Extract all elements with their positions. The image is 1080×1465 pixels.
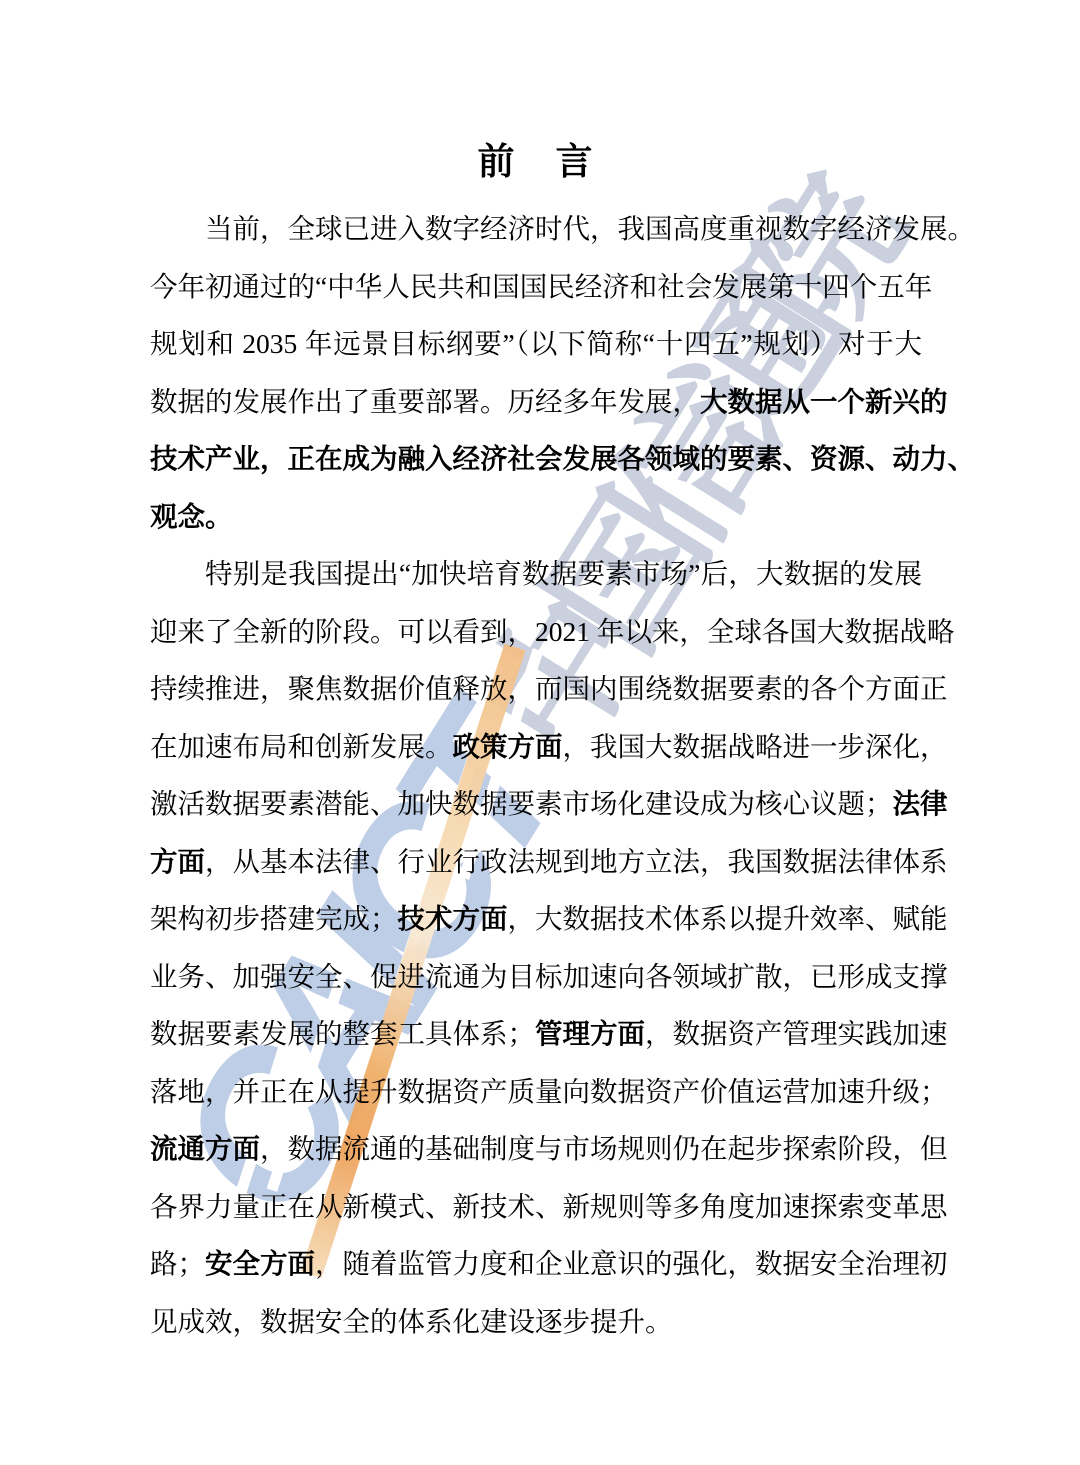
text-segment: 见成效，数据安全的体系化建设逐步提升。 bbox=[150, 1306, 673, 1337]
text-segment: 规划和 2035 年远景目标纲要”（以下简称“十四五”规划）对于大 bbox=[150, 328, 922, 359]
text-line: 技术产业，正在成为融入经济社会发展各领域的要素、资源、动力、 bbox=[150, 430, 922, 488]
text-line: 规划和 2035 年远景目标纲要”（以下简称“十四五”规划）对于大 bbox=[150, 315, 922, 373]
text-segment: 落地，并正在从提升数据资产质量向数据资产价值运营加速升级； bbox=[150, 1076, 948, 1107]
text-segment: 特别是我国提出“加快培育数据要素市场”后，大数据的发展 bbox=[205, 558, 922, 589]
text-segment: 路； bbox=[150, 1248, 205, 1279]
text-line: 持续推进，聚焦数据价值释放，而国内围绕数据要素的各个方面正 bbox=[150, 660, 922, 718]
text-segment: ，大数据技术体系以提升效率、赋能 bbox=[508, 903, 948, 934]
text-line: 激活数据要素潜能、加快数据要素市场化建设成为核心议题；法律 bbox=[150, 775, 922, 833]
text-segment: 业务、加强安全、促进流通为目标加速向各领域扩散，已形成支撑 bbox=[150, 961, 948, 992]
text-segment: 数据的发展作出了重要部署。历经多年发展， bbox=[150, 386, 700, 417]
bold-text-segment: 方面 bbox=[150, 846, 205, 877]
text-segment: ，随着监管力度和企业意识的强化，数据安全治理初 bbox=[315, 1248, 948, 1279]
text-line: 特别是我国提出“加快培育数据要素市场”后，大数据的发展 bbox=[150, 545, 922, 603]
bold-text-segment: 管理方面 bbox=[535, 1018, 645, 1049]
bold-text-segment: 流通方面 bbox=[150, 1133, 260, 1164]
bold-text-segment: 技术产业，正在成为融入经济社会发展各领域的要素、资源、动力、 bbox=[150, 443, 975, 474]
text-line: 架构初步搭建完成；技术方面，大数据技术体系以提升效率、赋能 bbox=[150, 890, 922, 948]
text-segment: 数据要素发展的整套工具体系； bbox=[150, 1018, 535, 1049]
text-line: 见成效，数据安全的体系化建设逐步提升。 bbox=[150, 1293, 922, 1351]
text-segment: 今年初通过的“中华人民共和国国民经济和社会发展第十四个五年 bbox=[150, 271, 932, 302]
text-segment: 激活数据要素潜能、加快数据要素市场化建设成为核心议题； bbox=[150, 788, 893, 819]
text-line: 各界力量正在从新模式、新技术、新规则等多角度加速探索变革思 bbox=[150, 1178, 922, 1236]
page-content: 前 言 当前，全球已进入数字经济时代，我国高度重视数字经济发展。今年初通过的“中… bbox=[150, 138, 922, 1350]
document-page: CAICT 中国信通院 前 言 当前，全球已进入数字经济时代，我国高度重视数字经… bbox=[0, 0, 1080, 1465]
text-segment: 各界力量正在从新模式、新技术、新规则等多角度加速探索变革思 bbox=[150, 1191, 948, 1222]
text-segment: 架构初步搭建完成； bbox=[150, 903, 398, 934]
text-segment: 在加速布局和创新发展。 bbox=[150, 731, 453, 762]
text-segment: ，从基本法律、行业行政法规到地方立法，我国数据法律体系 bbox=[205, 846, 948, 877]
text-line: 落地，并正在从提升数据资产质量向数据资产价值运营加速升级； bbox=[150, 1063, 922, 1121]
text-line: 在加速布局和创新发展。政策方面，我国大数据战略进一步深化， bbox=[150, 718, 922, 776]
bold-text-segment: 安全方面 bbox=[205, 1248, 315, 1279]
document-body: 当前，全球已进入数字经济时代，我国高度重视数字经济发展。今年初通过的“中华人民共… bbox=[150, 200, 922, 1350]
page-title: 前 言 bbox=[150, 138, 922, 186]
text-line: 业务、加强安全、促进流通为目标加速向各领域扩散，已形成支撑 bbox=[150, 948, 922, 1006]
text-segment: 当前，全球已进入数字经济时代，我国高度重视数字经济发展。 bbox=[205, 213, 975, 244]
text-line: 观念。 bbox=[150, 488, 922, 546]
bold-text-segment: 观念。 bbox=[150, 501, 233, 532]
text-line: 今年初通过的“中华人民共和国国民经济和社会发展第十四个五年 bbox=[150, 258, 922, 316]
text-line: 流通方面，数据流通的基础制度与市场规则仍在起步探索阶段，但 bbox=[150, 1120, 922, 1178]
text-segment: ，我国大数据战略进一步深化， bbox=[563, 731, 948, 762]
bold-text-segment: 法律 bbox=[893, 788, 948, 819]
text-line: 当前，全球已进入数字经济时代，我国高度重视数字经济发展。 bbox=[150, 200, 922, 258]
text-segment: ，数据资产管理实践加速 bbox=[645, 1018, 948, 1049]
text-segment: ，数据流通的基础制度与市场规则仍在起步探索阶段，但 bbox=[260, 1133, 948, 1164]
bold-text-segment: 技术方面 bbox=[398, 903, 508, 934]
text-segment: 持续推进，聚焦数据价值释放，而国内围绕数据要素的各个方面正 bbox=[150, 673, 948, 704]
text-line: 迎来了全新的阶段。可以看到，2021 年以来，全球各国大数据战略 bbox=[150, 603, 922, 661]
text-line: 路；安全方面，随着监管力度和企业意识的强化，数据安全治理初 bbox=[150, 1235, 922, 1293]
bold-text-segment: 大数据从一个新兴的 bbox=[700, 386, 948, 417]
text-line: 数据要素发展的整套工具体系；管理方面，数据资产管理实践加速 bbox=[150, 1005, 922, 1063]
text-line: 数据的发展作出了重要部署。历经多年发展，大数据从一个新兴的 bbox=[150, 373, 922, 431]
text-segment: 迎来了全新的阶段。可以看到，2021 年以来，全球各国大数据战略 bbox=[150, 616, 954, 647]
text-line: 方面，从基本法律、行业行政法规到地方立法，我国数据法律体系 bbox=[150, 833, 922, 891]
bold-text-segment: 政策方面 bbox=[453, 731, 563, 762]
